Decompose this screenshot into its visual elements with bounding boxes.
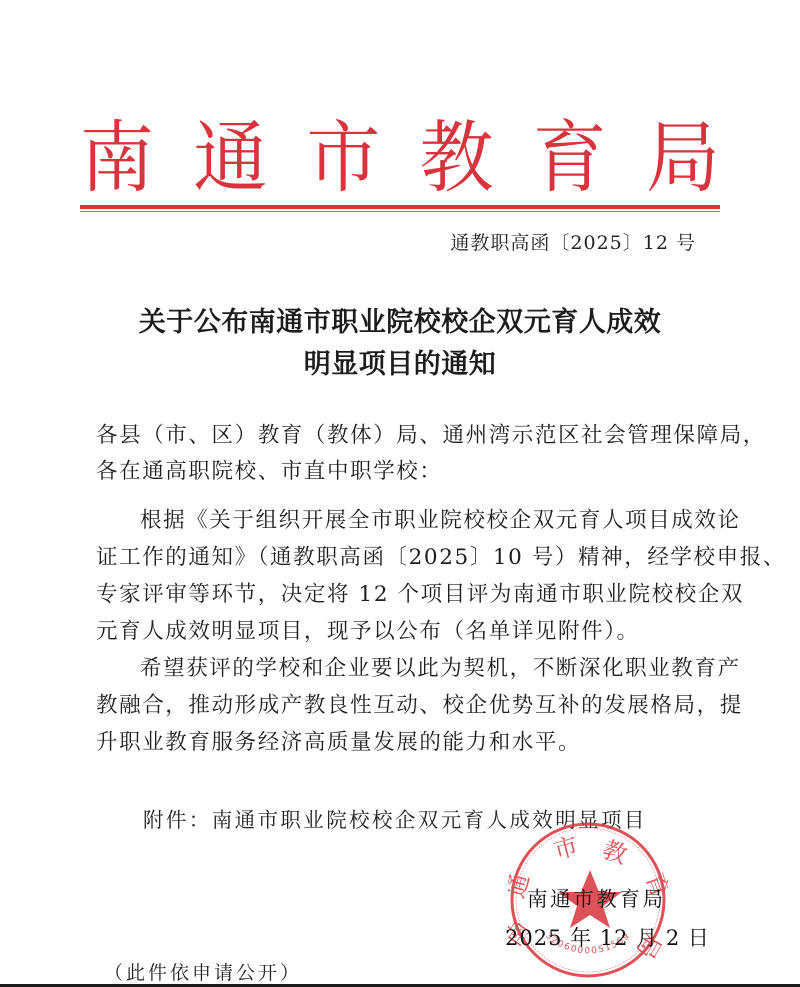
seal-char: 教 xyxy=(599,835,631,870)
paragraph-1-line: 证工作的通知》（通教职高函〔2025〕10 号）精神，经学校申报、 xyxy=(96,544,786,572)
recipients-line-2: 各在通高职院校、市直中职学校： xyxy=(96,458,443,486)
paragraph-2-line: 教融合，推动形成产教良性互动、校企优势互补的发展格局，提 xyxy=(96,692,743,720)
signature-date: 2025 年 12 月 2 日 xyxy=(505,922,710,952)
paragraph-1-line: 元育人成效明显项目，现予以公布（名单详见附件）。 xyxy=(96,618,640,646)
letterhead-title: 南 通 市 教 育 局 xyxy=(80,118,720,198)
letterhead-char: 育 xyxy=(533,116,607,200)
letterhead-rule-thick xyxy=(80,205,720,209)
paragraph-2-line: 希望获评的学校和企业要以此为契机，不断深化职业教育产 xyxy=(140,655,741,683)
signature-organization: 南通市教育局 xyxy=(527,882,666,912)
document-title-line-2: 明显项目的通知 xyxy=(0,342,800,381)
recipients-line-1: 各县（市、区）教育（教体）局、通州湾示范区社会管理保障局， xyxy=(96,422,766,450)
letterhead-char: 市 xyxy=(306,116,380,200)
paragraph-1-line: 专家评审等环节，决定将 12 个项目评为南通市职业院校校企双 xyxy=(96,581,744,609)
letterhead-char: 南 xyxy=(80,116,154,200)
document-number: 通教职高函〔2025〕12 号 xyxy=(450,228,696,255)
letterhead-char: 教 xyxy=(420,116,494,200)
document-title-line-1: 关于公布南通市职业院校校企双元育人成效 xyxy=(0,300,800,339)
letterhead-char: 通 xyxy=(193,116,267,200)
paragraph-1-line: 根据《关于组织开展全市职业院校校企双元育人项目成效论 xyxy=(140,507,741,535)
disclosure-note: （此件依申请公开） xyxy=(104,958,302,985)
letterhead-char: 局 xyxy=(646,116,720,200)
paragraph-2-line: 升职业教育服务经济高质量发展的能力和水平。 xyxy=(96,729,581,757)
letterhead-rule-thin xyxy=(80,211,720,212)
seal-char: 市 xyxy=(551,832,581,865)
